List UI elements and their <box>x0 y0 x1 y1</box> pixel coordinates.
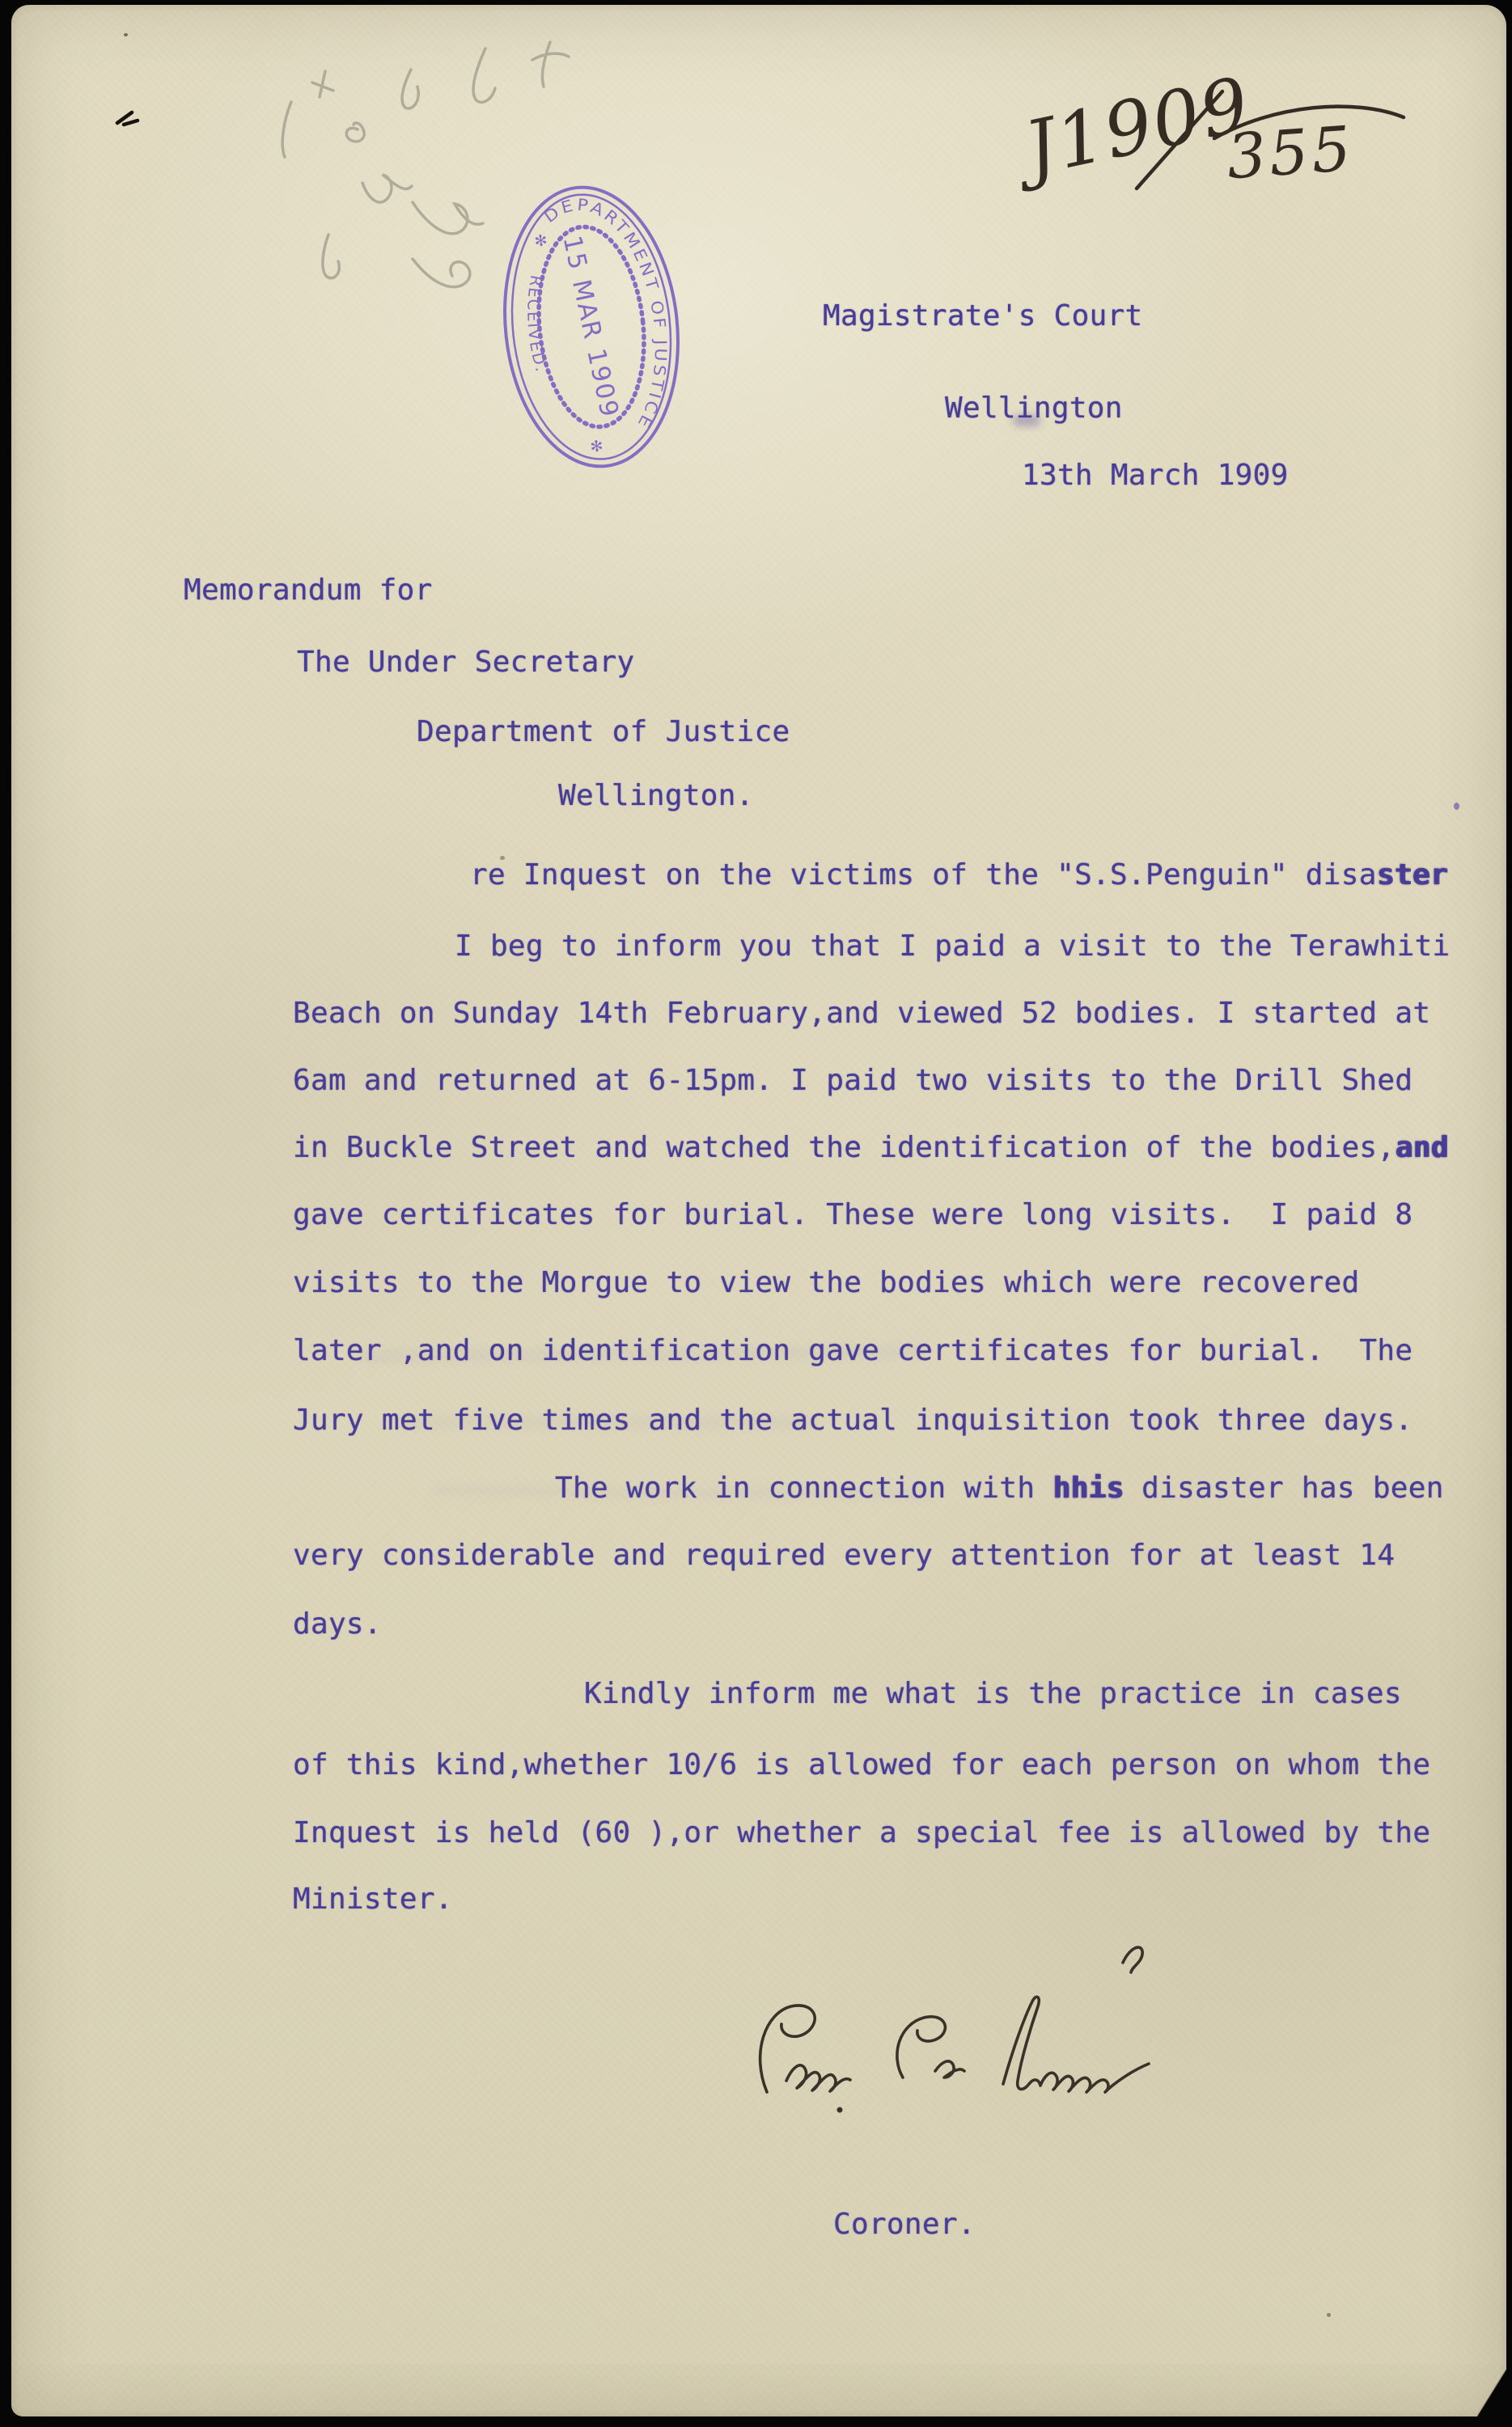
received-stamp: DEPARTMENT OF JUSTICE RECEIVED. ✻ ✻ 15 M… <box>498 180 692 483</box>
body-line: Minister. <box>293 1883 453 1916</box>
stamp-star-bottom: ✻ <box>589 437 604 456</box>
letterhead-court: Magistrate's Court <box>823 300 1143 332</box>
letterhead-date: 13th March 1909 <box>1022 460 1289 492</box>
memo-label: Memorandum for <box>184 574 433 607</box>
stamp-received-text: RECEIVED. <box>519 272 557 375</box>
body-line: I beg to inform you that I paid a visit … <box>455 930 1451 963</box>
ink-tick-mark <box>115 108 142 129</box>
subject-line: re Inquest on the victims of the "S.S.Pe… <box>470 859 1448 892</box>
folded-corner <box>1477 2370 1506 2416</box>
body-line: days. <box>293 1608 382 1641</box>
scanned-letter-photo: { "document_type": "scanned typewritten … <box>0 0 1512 2427</box>
body-line: gave certificates for burial. These were… <box>293 1199 1412 1231</box>
overstruck-text: ster <box>1377 858 1448 892</box>
body-line: Kindly inform me what is the practice in… <box>584 1678 1402 1710</box>
memo-recipient-3: Wellington. <box>558 780 754 812</box>
body-line: Inquest is held (60 ),or whether a speci… <box>293 1817 1430 1849</box>
memo-recipient-1: The Under Secretary <box>297 646 635 679</box>
paper-speck <box>1454 803 1459 810</box>
paper-speck <box>1327 2313 1331 2317</box>
signature-role: Coroner. <box>833 2209 976 2241</box>
paper-speck <box>500 856 505 860</box>
file-number-main: J1909 <box>1015 61 1258 195</box>
letter-paper: J1909 355 DEPARTMENT OF JUSTICE RECEIVED… <box>11 5 1506 2416</box>
body-line: of this kind,whether 10/6 is allowed for… <box>293 1749 1430 1781</box>
overstruck-text: and <box>1395 1131 1448 1164</box>
signature-handwriting <box>744 1934 1173 2128</box>
paper-speck <box>124 33 128 36</box>
stamp-star-top: ✻ <box>533 231 548 251</box>
body-line: visits to the Morgue to view the bodies … <box>293 1267 1359 1299</box>
body-line: Beach on Sunday 14th February,and viewed… <box>293 997 1430 1030</box>
svg-text:RECEIVED.: RECEIVED. <box>519 272 557 375</box>
ink-smudge <box>1013 416 1040 426</box>
file-number-handwriting: J1909 355 <box>1015 53 1428 206</box>
stamp-date: 15 MAR 1909 <box>557 233 625 421</box>
bleedthrough-mark <box>432 1485 934 1500</box>
memo-recipient-2: Department of Justice <box>417 716 790 748</box>
bleedthrough-mark <box>400 1417 820 1428</box>
body-line: very considerable and required every att… <box>293 1540 1395 1572</box>
overstruck-text: hhis <box>1052 1472 1124 1505</box>
body-line: in Buckle Street and watched the identif… <box>293 1132 1448 1164</box>
body-line: 6am and returned at 6-15pm. I paid two v… <box>293 1065 1412 1097</box>
